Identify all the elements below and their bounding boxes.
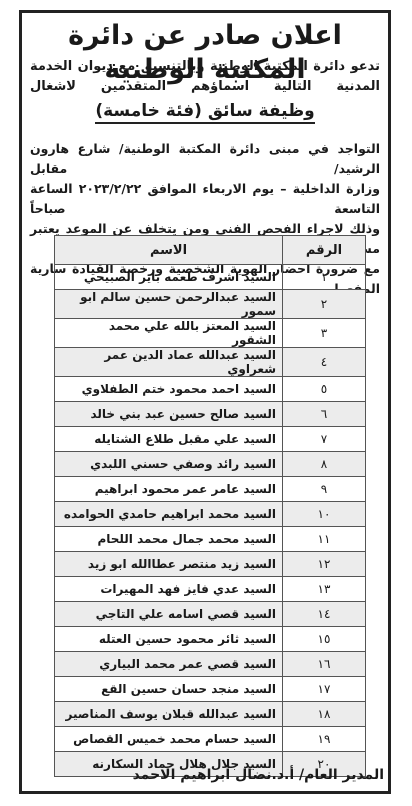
row-name: السيد علي مقبل طلاع الشتايله	[55, 427, 283, 452]
signature: المدير العام/ أ.د.نضال ابراهيم الاحمد	[22, 767, 388, 783]
row-name: السيد قصي اسامه علي التاجي	[55, 602, 283, 627]
row-number: ٥	[283, 377, 366, 402]
table-row: ١السيد اشرف طعمه باير الصبيحي	[55, 265, 366, 290]
table-row: ٤السيد عبدالله عماد الدين عمر شعراوي	[55, 348, 366, 377]
row-name: السيد رائد وصفي حسني اللبدي	[55, 452, 283, 477]
table-row: ٧السيد علي مقبل طلاع الشتايله	[55, 427, 366, 452]
row-name: السيد عامر عمر محمود ابراهيم	[55, 477, 283, 502]
table-row: ١٨السيد عبدالله قبلان يوسف المناصير	[55, 702, 366, 727]
row-name: السيد صالح حسين عبد بني خالد	[55, 402, 283, 427]
table-row: ١١السيد محمد جمال محمد اللحام	[55, 527, 366, 552]
table-row: ٢السيد عبدالرحمن حسين سالم ابو سمور	[55, 290, 366, 319]
row-name: السيد قصي عمر محمد البياري	[55, 652, 283, 677]
table-row: ١٩السيد حسام محمد خميس القصاص	[55, 727, 366, 752]
row-number: ١٧	[283, 677, 366, 702]
row-number: ١٩	[283, 727, 366, 752]
table-row: ٨السيد رائد وصفي حسني اللبدي	[55, 452, 366, 477]
details-line: التواجد في مبنى دائرة المكتبة الوطنية/ ش…	[30, 139, 380, 179]
row-name: السيد منجد حسان حسين القع	[55, 677, 283, 702]
row-number: ١٨	[283, 702, 366, 727]
row-name: السيد احمد محمود ختم الطفلاوي	[55, 377, 283, 402]
table-row: ١٧السيد منجد حسان حسين القع	[55, 677, 366, 702]
table-row: ١٥السيد ثائر محمود حسين العتله	[55, 627, 366, 652]
details-line: وزارة الداخلية – يوم الاربعاء الموافق ٢٠…	[30, 179, 380, 219]
row-name: السيد زيد منتصر عطاالله ابو زيد	[55, 552, 283, 577]
row-number: ١٤	[283, 602, 366, 627]
table-row: ١٠السيد محمد ابراهيم حامدي الحوامده	[55, 502, 366, 527]
row-number: ١٢	[283, 552, 366, 577]
table-row: ١٤السيد قصي اسامه علي التاجي	[55, 602, 366, 627]
row-name: السيد محمد جمال محمد اللحام	[55, 527, 283, 552]
row-number: ١١	[283, 527, 366, 552]
row-name: السيد محمد ابراهيم حامدي الحوامده	[55, 502, 283, 527]
row-number: ١٠	[283, 502, 366, 527]
row-number: ٩	[283, 477, 366, 502]
row-number: ٧	[283, 427, 366, 452]
candidates-table: الرقم الاسم ١السيد اشرف طعمه باير الصبيح…	[54, 235, 366, 777]
column-header-number: الرقم	[283, 236, 366, 265]
table-row: ١٦السيد قصي عمر محمد البياري	[55, 652, 366, 677]
job-title-text: وظيفة سائق (فئة خامسة)	[95, 101, 314, 124]
row-number: ٢	[283, 290, 366, 319]
row-number: ٦	[283, 402, 366, 427]
row-name: السيد ثائر محمود حسين العتله	[55, 627, 283, 652]
table-row: ١٣السيد عدي فايز فهد المهيرات	[55, 577, 366, 602]
row-number: ١٣	[283, 577, 366, 602]
row-number: ١٥	[283, 627, 366, 652]
row-name: السيد المعتز بالله علي محمد الشقور	[55, 319, 283, 348]
row-name: السيد عدي فايز فهد المهيرات	[55, 577, 283, 602]
row-name: السيد عبدالله قبلان يوسف المناصير	[55, 702, 283, 727]
table-row: ١٢السيد زيد منتصر عطاالله ابو زيد	[55, 552, 366, 577]
table-header-row: الرقم الاسم	[55, 236, 366, 265]
announcement-intro: تدعو دائرة المكتبة الوطنية وبالتنسيق مع …	[30, 57, 380, 97]
row-number: ١٦	[283, 652, 366, 677]
column-header-name: الاسم	[55, 236, 283, 265]
row-name: السيد حسام محمد خميس القصاص	[55, 727, 283, 752]
row-number: ١	[283, 265, 366, 290]
table-row: ٥السيد احمد محمود ختم الطفلاوي	[55, 377, 366, 402]
announcement-frame: اعلان صادر عن دائرة المكتبة الوطنية تدعو…	[19, 10, 391, 794]
table-row: ٦السيد صالح حسين عبد بني خالد	[55, 402, 366, 427]
row-name: السيد اشرف طعمه باير الصبيحي	[55, 265, 283, 290]
table-row: ٣السيد المعتز بالله علي محمد الشقور	[55, 319, 366, 348]
table-row: ٩السيد عامر عمر محمود ابراهيم	[55, 477, 366, 502]
job-title: وظيفة سائق (فئة خامسة)	[22, 99, 388, 123]
row-name: السيد عبدالرحمن حسين سالم ابو سمور	[55, 290, 283, 319]
row-number: ٨	[283, 452, 366, 477]
row-number: ٤	[283, 348, 366, 377]
row-name: السيد عبدالله عماد الدين عمر شعراوي	[55, 348, 283, 377]
row-number: ٣	[283, 319, 366, 348]
signature-text: المدير العام/ أ.د.نضال ابراهيم الاحمد	[133, 767, 384, 783]
